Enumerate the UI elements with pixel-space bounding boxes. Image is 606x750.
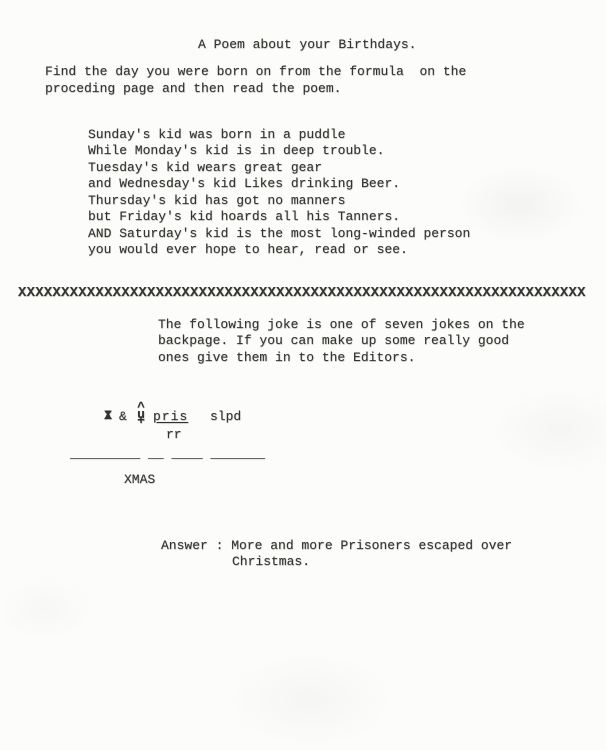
document-title: A Poem about your Birthdays. — [198, 37, 416, 53]
rebus-slpd-word: slpd — [210, 409, 241, 425]
rebus-overstruck-glyph-2: ^ u + — [134, 403, 148, 427]
overstrike-layer: + — [134, 413, 148, 429]
intro-line-2: proceding page and then read the poem. — [45, 81, 341, 97]
rebus-rr-word: rr — [166, 427, 182, 443]
document-page: A Poem about your Birthdays. Find the da… — [0, 0, 606, 750]
rebus-ampersand: & — [119, 409, 127, 425]
poem-line-2: While Monday's kid is in deep trouble. — [88, 143, 384, 159]
rebus-overstruck-glyph-1: I X - — [101, 408, 115, 432]
joke-line-2: backpage. If you can make up some really… — [158, 333, 509, 349]
joke-line-1: The following joke is one of seven jokes… — [158, 317, 525, 333]
rebus-divider-line: _________ __ ____ _______ — [70, 446, 265, 462]
poem-line-1: Sunday's kid was born in a puddle — [88, 127, 345, 143]
joke-line-3: ones give them in to the Editors. — [158, 350, 415, 366]
poem-line-5: Thursday's kid has got no manners — [88, 193, 345, 209]
poem-line-6: but Friday's kid hoards all his Tanners. — [88, 209, 400, 225]
rebus-pris-word: pris — [153, 409, 188, 425]
poem-line-8: you would ever hope to hear, read or see… — [88, 242, 408, 258]
poem-line-4: and Wednesday's kid Likes drinking Beer. — [88, 176, 400, 192]
x-divider-row: XXXXXXXXXXXXXXXXXXXXXXXXXXXXXXXXXXXXXXXX… — [18, 285, 590, 301]
poem-line-3: Tuesday's kid wears great gear — [88, 160, 322, 176]
intro-line-1: Find the day you were born on from the f… — [45, 64, 466, 80]
overstrike-layer: - — [101, 408, 115, 424]
poem-line-7: AND Saturday's kid is the most long-wind… — [88, 226, 470, 242]
answer-line-2: Christmas. — [232, 554, 310, 570]
answer-line-1: Answer : More and more Prisoners escaped… — [161, 538, 512, 554]
rebus-xmas-word: XMAS — [124, 472, 155, 488]
